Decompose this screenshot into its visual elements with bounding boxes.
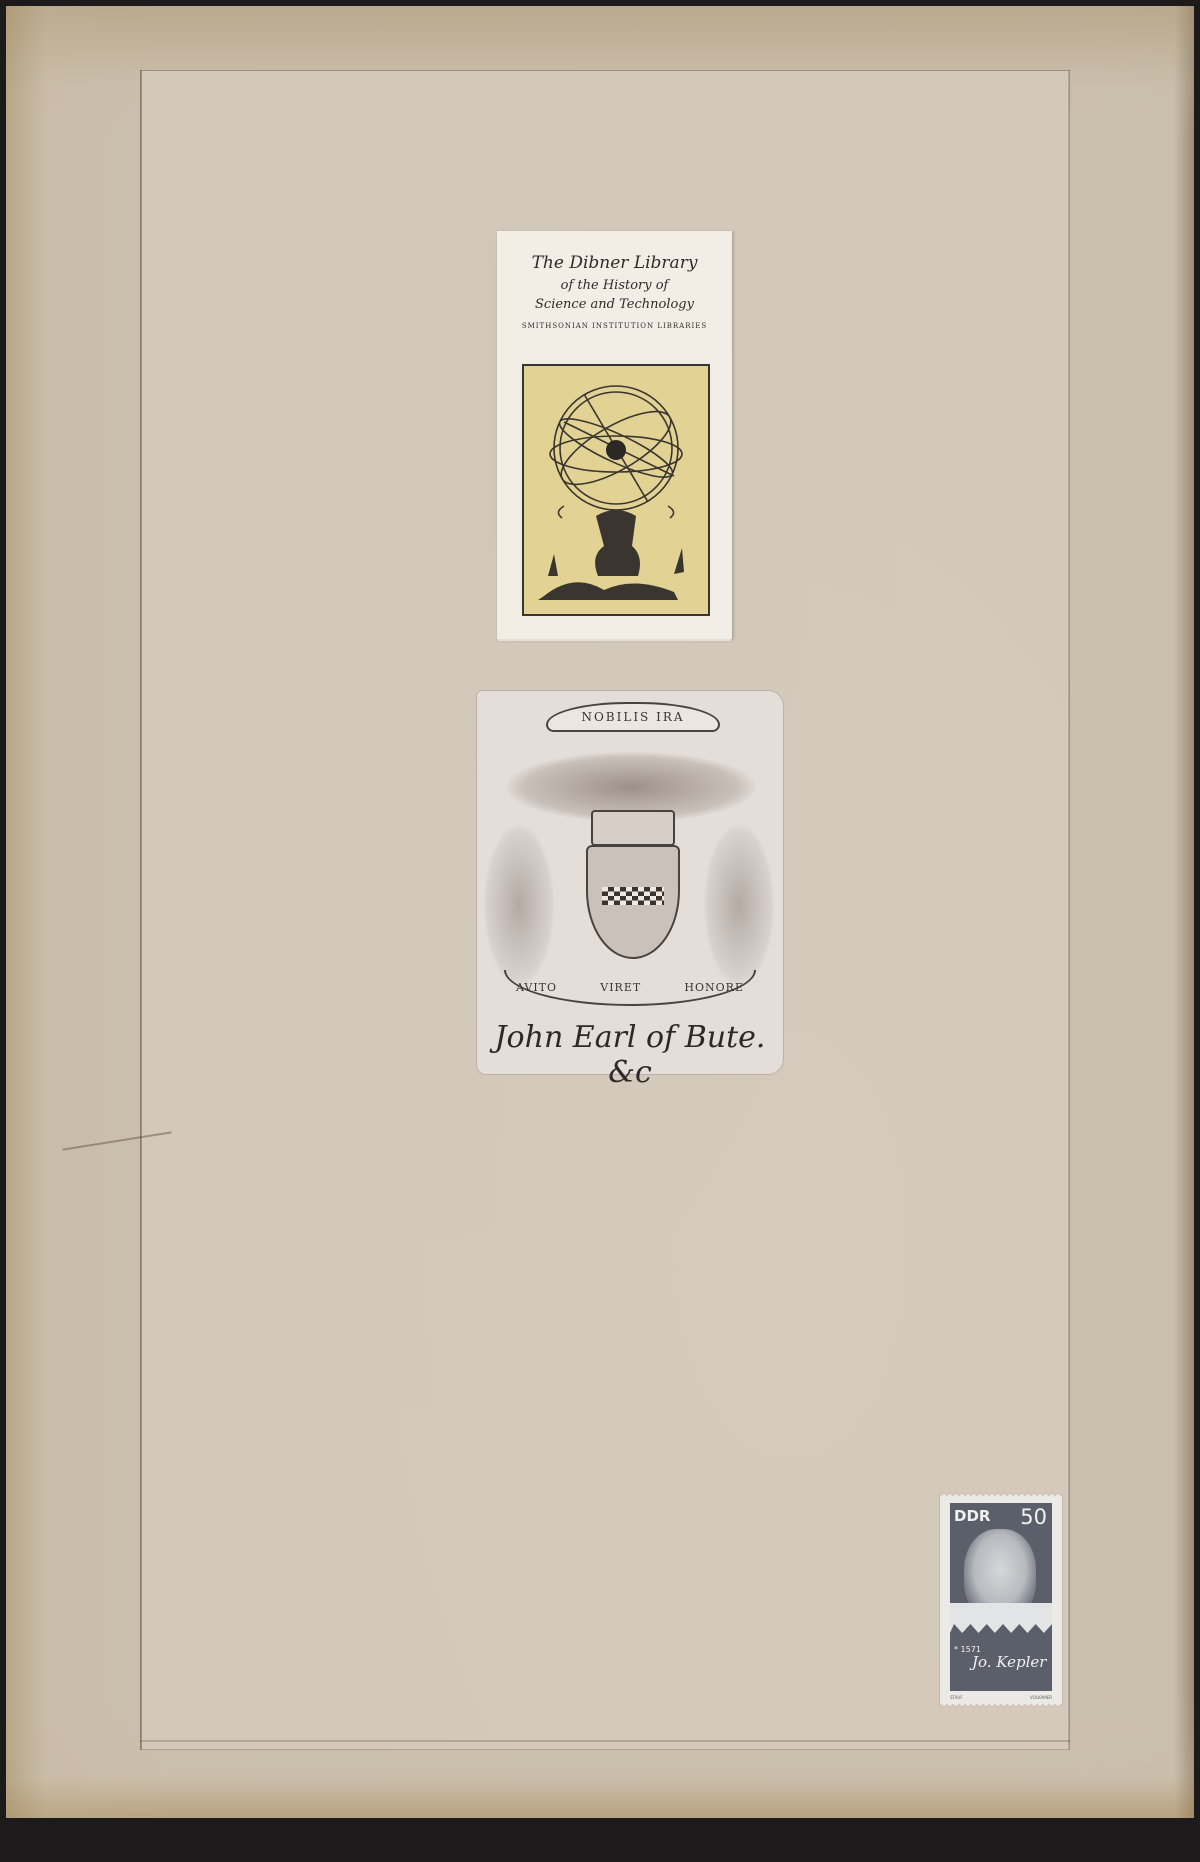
stamp-value: 50 — [1020, 1505, 1047, 1529]
motto-word: VIRET — [600, 981, 641, 994]
stag-supporter-icon — [704, 825, 774, 985]
bookplate-title: The Dibner Library — [497, 253, 732, 273]
ddr-kepler-stamp: DDR 50 * 1571 Jo. Kepler STAUF VOLKAMER — [940, 1494, 1062, 1706]
crease-line — [140, 70, 142, 1750]
dibner-library-bookplate: The Dibner Library of the History of Sci… — [497, 231, 732, 639]
ruff-collar — [950, 1603, 1052, 1633]
crease-line — [140, 70, 1070, 71]
motto-word: AVITO — [516, 981, 557, 994]
motto-scroll-bottom: AVITO VIRET HONORE — [504, 970, 756, 1006]
crease-line — [1068, 70, 1070, 1750]
motto-scroll-top: NOBILIS IRA — [546, 702, 720, 732]
coronet-icon — [591, 810, 675, 846]
bookplate-subtitle-1: of the History of — [497, 278, 732, 293]
armillary-sphere-atlas-icon — [522, 364, 710, 616]
stamp-signature: Jo. Kepler — [972, 1653, 1046, 1671]
armorial-shield-icon — [586, 845, 680, 959]
stamp-image: DDR 50 * 1571 Jo. Kepler — [950, 1503, 1052, 1691]
motto-word: HONORE — [684, 981, 744, 994]
bookplate-owner-name: John Earl of Bute. &c — [476, 1020, 784, 1090]
fess-checky — [602, 887, 664, 905]
bookplate-subtitle-2: Science and Technology — [497, 297, 732, 312]
horse-supporter-icon — [484, 825, 554, 985]
stamp-credit-left: STAUF — [950, 1695, 963, 1700]
bookplate-institution: SMITHSONIAN INSTITUTION LIBRARIES — [497, 322, 732, 330]
stamp-country: DDR — [954, 1507, 990, 1525]
stamp-credit-right: VOLKAMER — [1030, 1695, 1052, 1700]
crease-line — [140, 1740, 1070, 1742]
earl-of-bute-bookplate: NOBILIS IRA AVITO VIRET HONORE John Earl… — [476, 690, 784, 1075]
